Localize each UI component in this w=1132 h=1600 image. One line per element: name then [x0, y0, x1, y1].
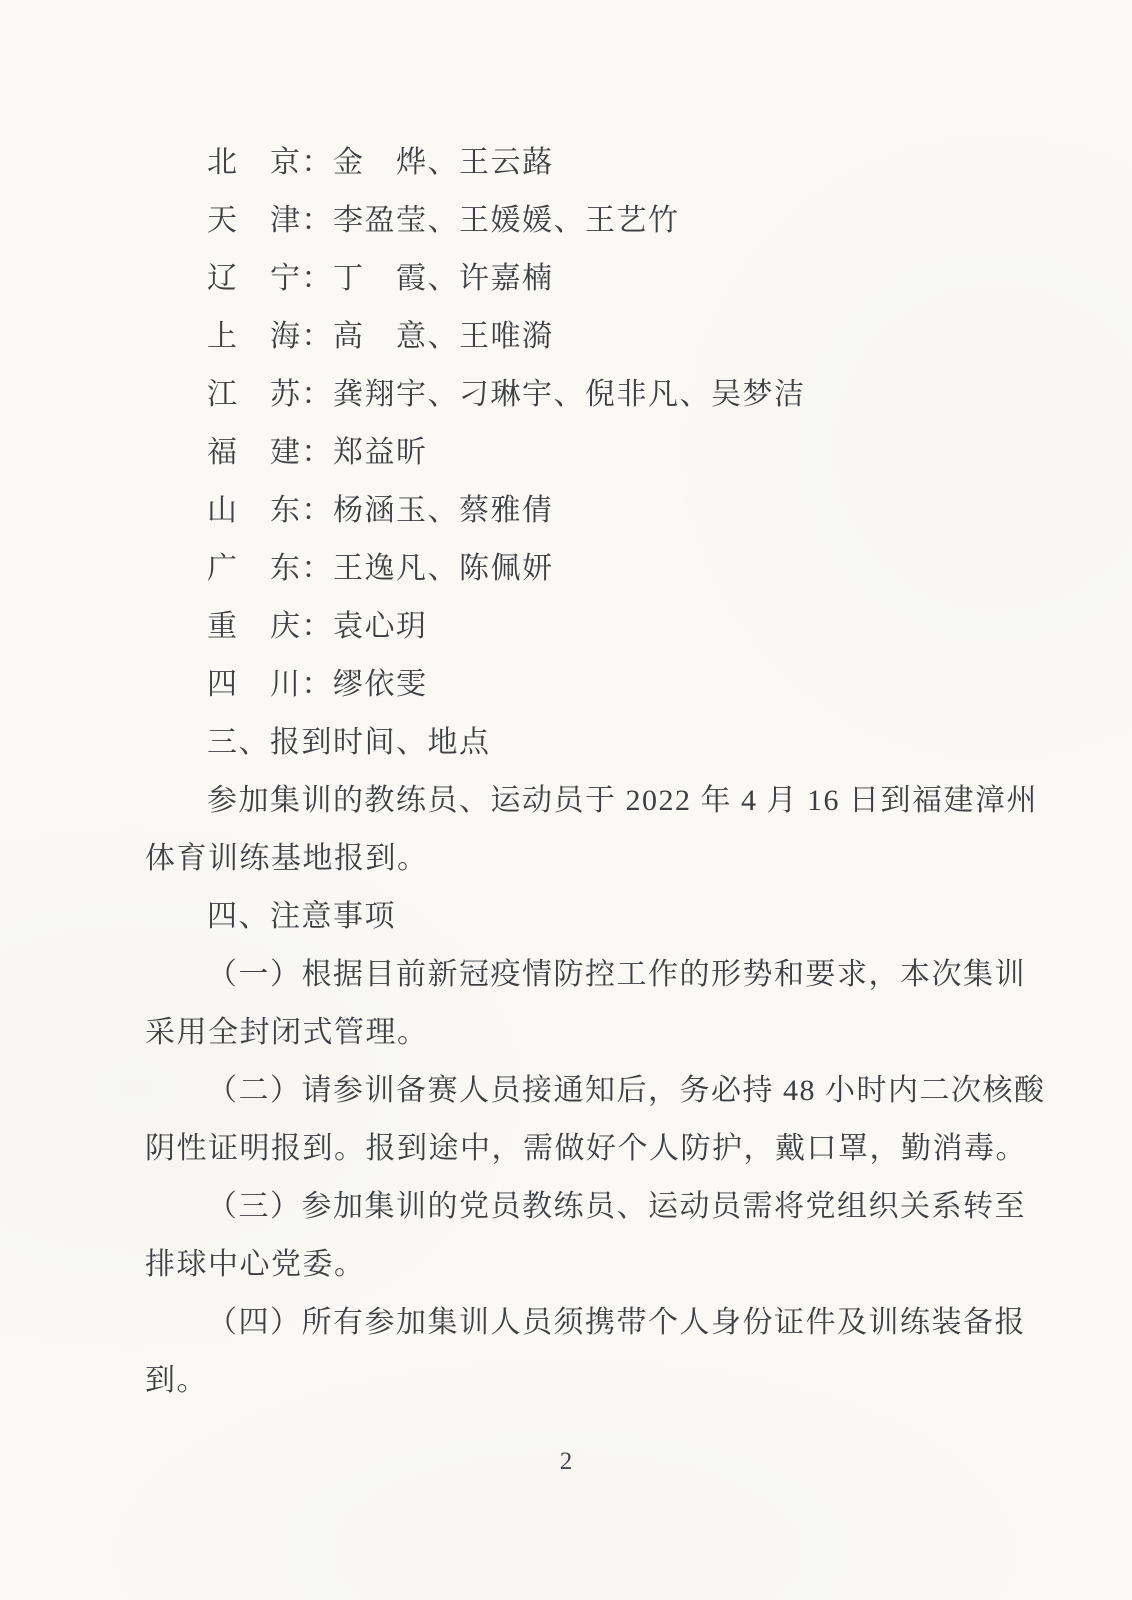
note-2-line-2: 阴性证明报到。报到途中，需做好个人防护，戴口罩，勤消毒。: [145, 1120, 990, 1178]
note-2-line-1: （二）请参训备赛人员接通知后，务必持 48 小时内二次核酸: [145, 1062, 990, 1120]
section-four-heading: 四、注意事项: [145, 888, 990, 946]
roster-line-jiangsu: 江 苏：龚翔宇、刁琳宇、倪非凡、吴梦洁: [145, 366, 990, 424]
page-number: 2: [0, 1448, 1132, 1476]
roster-line-shanghai: 上 海：高 意、王唯漪: [145, 308, 990, 366]
document-body: 北 京：金 烨、王云蕗 天 津：李盈莹、王媛媛、王艺竹 辽 宁：丁 霞、许嘉楠 …: [145, 134, 990, 1410]
roster-line-beijing: 北 京：金 烨、王云蕗: [145, 134, 990, 192]
roster-line-liaoning: 辽 宁：丁 霞、许嘉楠: [145, 250, 990, 308]
note-1-line-1: （一）根据目前新冠疫情防控工作的形势和要求，本次集训: [145, 946, 990, 1004]
note-3-line-1: （三）参加集训的党员教练员、运动员需将党组织关系转至: [145, 1178, 990, 1236]
roster-line-chongqing: 重 庆：袁心玥: [145, 598, 990, 656]
roster-line-tianjin: 天 津：李盈莹、王媛媛、王艺竹: [145, 192, 990, 250]
section-three-text-line-1: 参加集训的教练员、运动员于 2022 年 4 月 16 日到福建漳州: [145, 772, 990, 830]
roster-line-sichuan: 四 川：缪依雯: [145, 656, 990, 714]
note-4-line-1: （四）所有参加集训人员须携带个人身份证件及训练装备报: [145, 1294, 990, 1352]
note-3-line-2: 排球中心党委。: [145, 1236, 990, 1294]
roster-line-fujian: 福 建：郑益昕: [145, 424, 990, 482]
document-page: 北 京：金 烨、王云蕗 天 津：李盈莹、王媛媛、王艺竹 辽 宁：丁 霞、许嘉楠 …: [0, 0, 1132, 1600]
note-4-line-2: 到。: [145, 1352, 990, 1410]
note-1-line-2: 采用全封闭式管理。: [145, 1004, 990, 1062]
section-three-text-line-2: 体育训练基地报到。: [145, 830, 990, 888]
roster-line-guangdong: 广 东：王逸凡、陈佩妍: [145, 540, 990, 598]
roster-line-shandong: 山 东：杨涵玉、蔡雅倩: [145, 482, 990, 540]
section-three-heading: 三、报到时间、地点: [145, 714, 990, 772]
